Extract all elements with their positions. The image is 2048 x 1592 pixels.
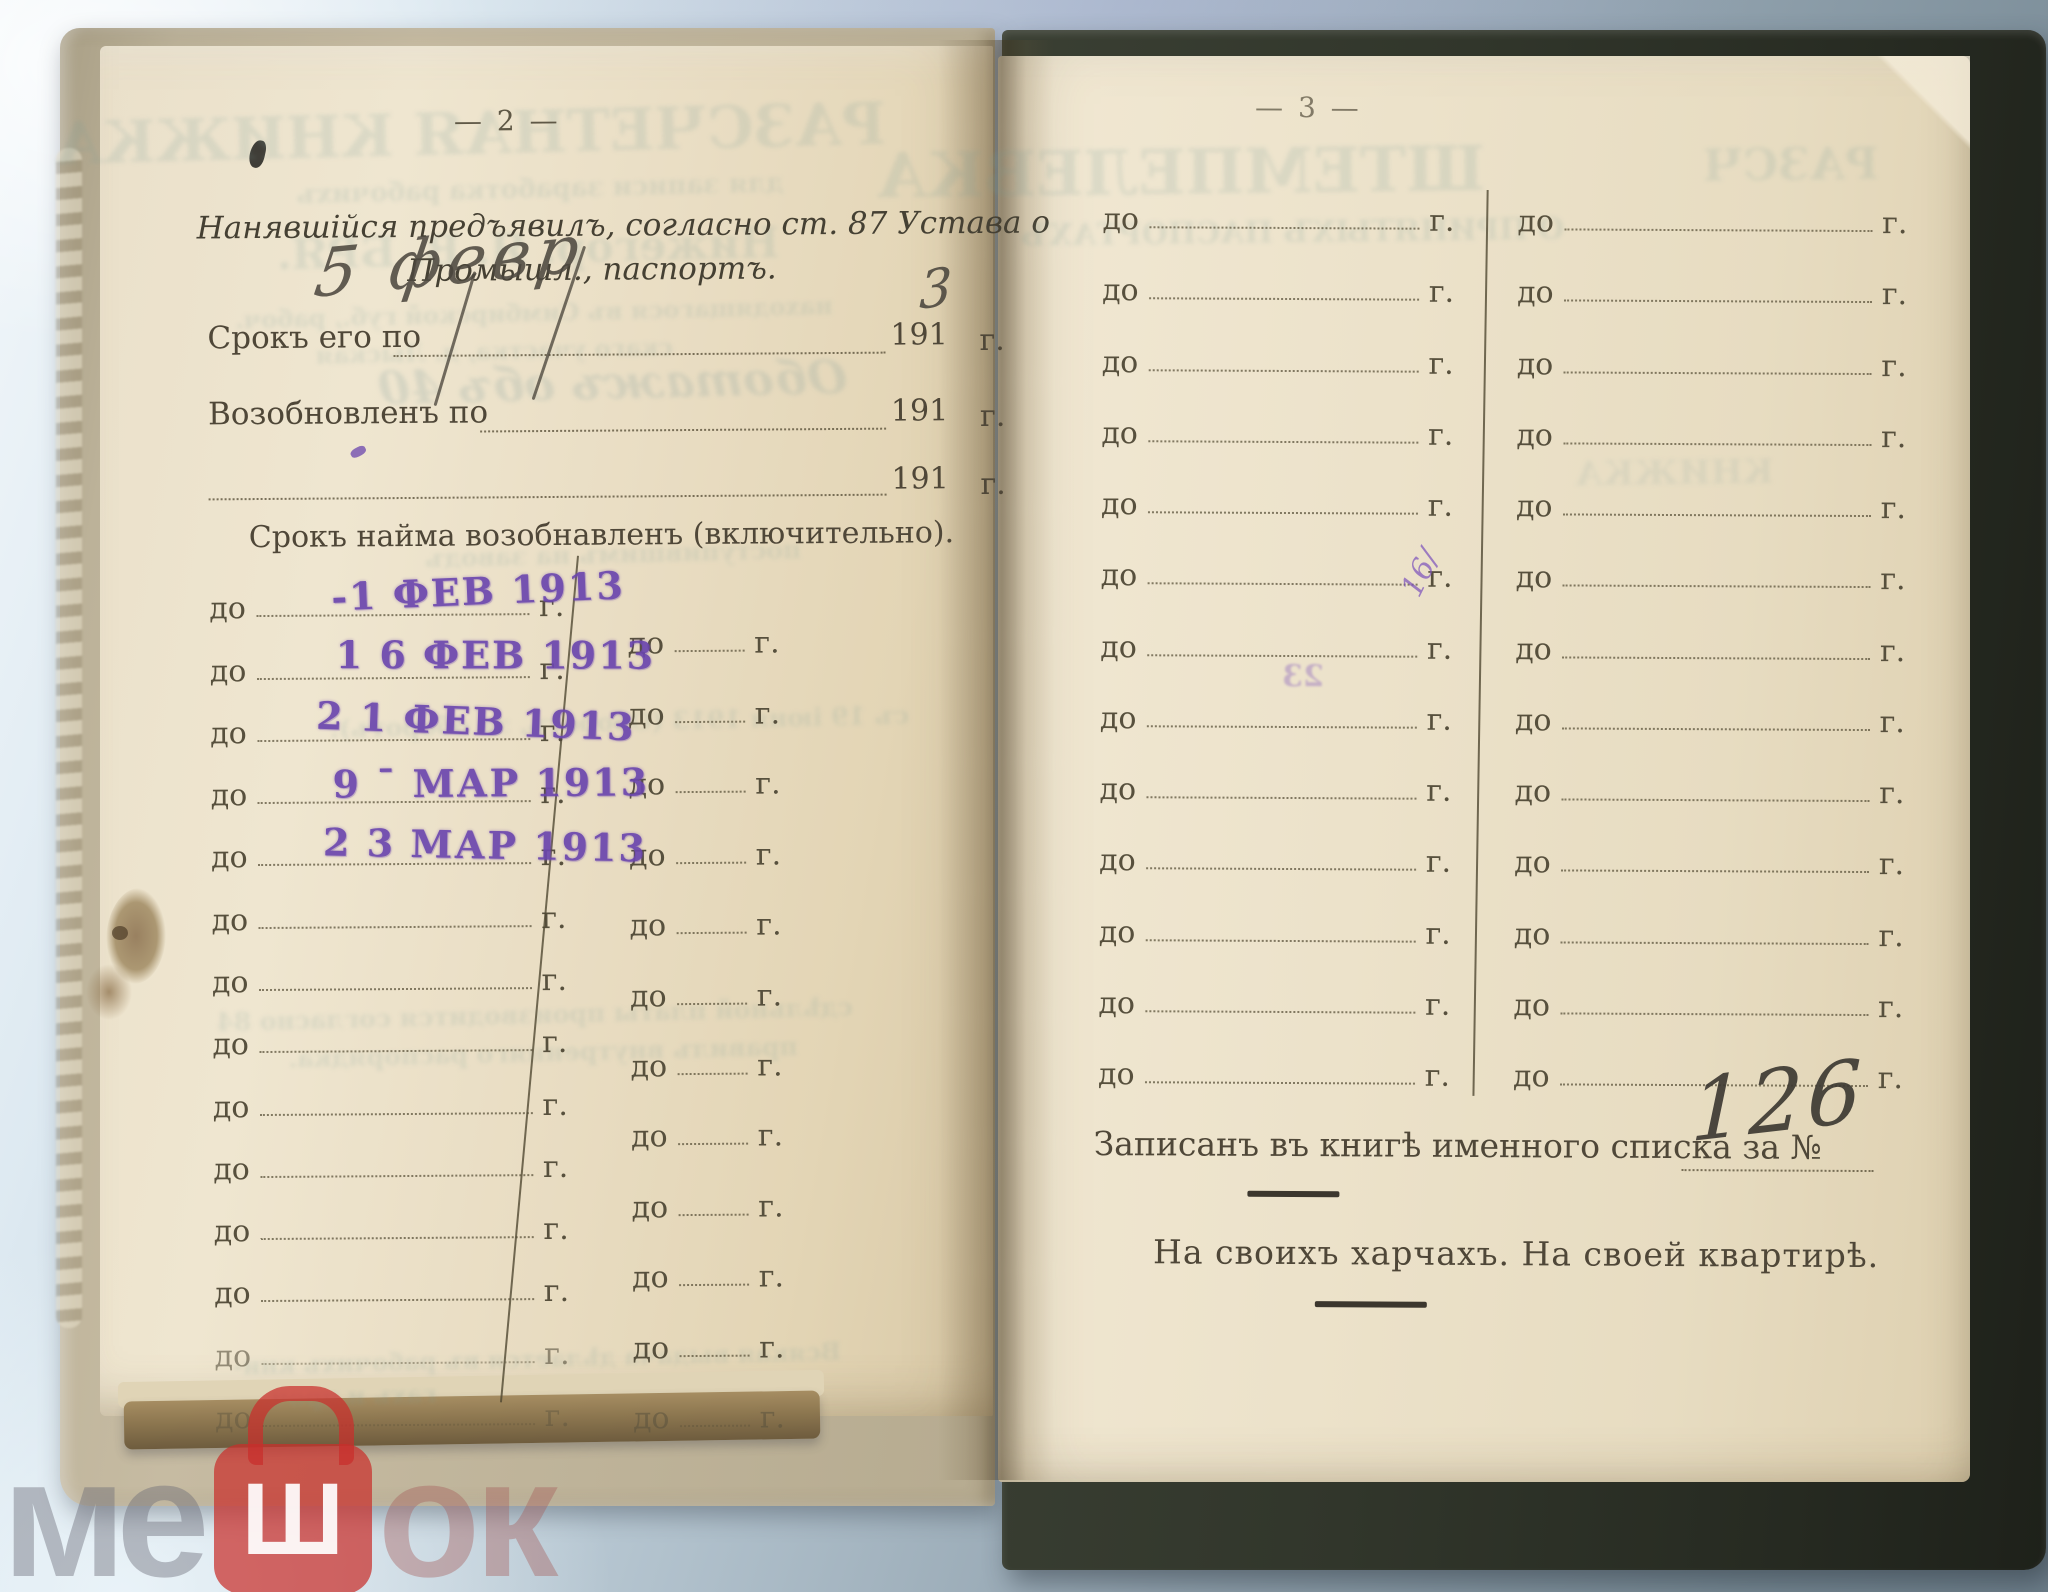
row-label-do: до xyxy=(1100,704,1137,734)
separator-rule xyxy=(1315,1301,1427,1308)
row-label-do: до xyxy=(1098,989,1135,1019)
row-label-do: до xyxy=(1514,777,1551,807)
row-label-g: г. xyxy=(1428,421,1453,451)
row-label-g: г. xyxy=(1428,492,1453,522)
dotted-line xyxy=(1562,656,1870,660)
row-label-do: до xyxy=(1100,633,1137,663)
watermark-text-prefix: ме xyxy=(2,1441,200,1592)
row-label-g: г. xyxy=(1880,637,1905,667)
row-label-do: до xyxy=(1098,1060,1135,1090)
shopping-bag-icon: Ш xyxy=(214,1444,372,1592)
row-label-do: до xyxy=(1517,279,1554,309)
dotted-line xyxy=(1564,229,1872,233)
ruled-row: до г. xyxy=(1098,1019,1450,1092)
dotted-line xyxy=(1149,226,1419,229)
ruled-row: до г. xyxy=(1514,879,1904,952)
row-label-g: г. xyxy=(1426,848,1451,878)
row-label-do: до xyxy=(1101,561,1138,591)
row-label-g: г. xyxy=(1425,919,1450,949)
ruled-row: до г. xyxy=(1516,522,1906,595)
ink-mark: 23 xyxy=(1282,659,1324,694)
separator-rule xyxy=(1247,1191,1339,1197)
row-label-g: г. xyxy=(1882,281,1907,311)
row-label-do: до xyxy=(1099,775,1136,805)
row-label-do: до xyxy=(1099,918,1136,948)
ruled-row: до г. xyxy=(1099,734,1451,807)
dotted-line xyxy=(1145,939,1415,942)
row-label-g: г. xyxy=(1429,278,1454,308)
row-label-g: г. xyxy=(1428,349,1453,379)
row-label-g: г. xyxy=(1427,706,1452,736)
row-label-do: до xyxy=(1514,920,1551,950)
row-label-g: г. xyxy=(1425,991,1450,1021)
ruled-column-right: до г. до г. до г. до г. до г. до xyxy=(1513,166,1908,1094)
dotted-line xyxy=(1147,654,1417,657)
row-label-do: до xyxy=(1516,564,1553,594)
ruled-row: до г. xyxy=(1514,736,1904,809)
dotted-line xyxy=(1562,585,1870,589)
dotted-line xyxy=(1145,1010,1415,1013)
dotted-line xyxy=(1564,300,1872,304)
dotted-line xyxy=(1560,941,1868,945)
dotted-line xyxy=(1148,511,1418,514)
row-label-do: до xyxy=(1515,706,1552,736)
ruled-row: до г. xyxy=(1099,805,1451,878)
dotted-line xyxy=(1563,514,1871,518)
watermark-meshok: ме Ш ок xyxy=(2,1386,552,1592)
watermark-bag-letter: Ш xyxy=(241,1468,344,1570)
row-label-do: до xyxy=(1102,205,1139,235)
row-label-do: до xyxy=(1517,207,1554,237)
ruled-row: до г. xyxy=(1515,594,1905,667)
ruled-row: до г. xyxy=(1517,309,1907,382)
ruled-row: до г. xyxy=(1516,451,1906,524)
row-label-g: г. xyxy=(1880,708,1905,738)
ruled-row: до г. xyxy=(1517,166,1907,239)
bleedthrough-text-right: ШТЕМПЕЛЕВКАО ПРИНЯТЫХЪ ПАСПОРТАХЪРАЗСЧКН… xyxy=(4,0,2048,3)
ruled-column-left: до г. до г. до г. до г. до г. до xyxy=(1098,164,1455,1092)
row-label-do: до xyxy=(1514,849,1551,879)
ruled-row: до г. xyxy=(1517,237,1907,310)
dotted-line xyxy=(1563,371,1871,375)
row-label-g: г. xyxy=(1878,1064,1903,1094)
scanned-paybook-photo: РАЗСЧЕТНАЯ КНИЖКАдля записи заработка ра… xyxy=(0,0,2048,1592)
row-label-g: г. xyxy=(1881,423,1906,453)
row-label-g: г. xyxy=(1427,634,1452,664)
row-label-g: г. xyxy=(1426,777,1451,807)
dotted-line xyxy=(1563,442,1871,446)
dotted-line xyxy=(1560,1012,1868,1016)
ruled-row: до г. xyxy=(1102,235,1454,308)
ruled-row: до г. xyxy=(1516,380,1906,453)
dotted-line xyxy=(1146,796,1416,799)
row-label-g: г. xyxy=(1881,494,1906,524)
row-label-do: до xyxy=(1517,350,1554,380)
dotted-line xyxy=(1149,298,1419,301)
ruled-row: до г. xyxy=(1101,378,1453,451)
row-label-g: г. xyxy=(1881,352,1906,382)
row-label-g: г. xyxy=(1879,779,1904,809)
row-label-g: г. xyxy=(1879,850,1904,880)
row-label-g: г. xyxy=(1425,1062,1450,1092)
dotted-line xyxy=(1561,727,1869,731)
row-label-do: до xyxy=(1102,348,1139,378)
dotted-line xyxy=(1148,440,1418,443)
row-label-do: до xyxy=(1513,991,1550,1021)
row-label-do: до xyxy=(1101,490,1138,520)
ruled-row: до г. xyxy=(1101,449,1453,522)
watermark-text-suffix: ок xyxy=(378,1441,553,1592)
column-divider xyxy=(1472,190,1488,1096)
row-label-g: г. xyxy=(1878,922,1903,952)
row-label-g: г. xyxy=(1882,209,1907,239)
row-label-do: до xyxy=(1515,635,1552,665)
dotted-line xyxy=(1561,870,1869,874)
row-label-g: г. xyxy=(1878,993,1903,1023)
ruled-row: до г. xyxy=(1514,807,1904,880)
dotted-line xyxy=(1145,1081,1415,1084)
board-and-lodging-line: На своихъ харчахъ. На своей квартирѣ. xyxy=(1153,1232,1879,1275)
ruled-row: до г. xyxy=(1100,663,1452,736)
margin-ink-marks: 16/23 xyxy=(4,0,2048,3)
dotted-line xyxy=(1147,583,1417,586)
handwritten-record-number: 126 xyxy=(1689,1041,1866,1163)
ruled-row: до г. xyxy=(1102,164,1454,237)
row-label-do: до xyxy=(1516,421,1553,451)
page-right-content: ШТЕМПЕЛЕВКАО ПРИНЯТЫХЪ ПАСПОРТАХЪРАЗСЧКН… xyxy=(0,0,2048,1592)
ruled-row: до г. xyxy=(1100,591,1452,664)
dotted-line xyxy=(1561,799,1869,803)
row-label-do: до xyxy=(1513,1062,1550,1092)
row-label-do: до xyxy=(1516,492,1553,522)
ruled-row: до г. xyxy=(1515,665,1905,738)
row-label-do: до xyxy=(1102,276,1139,306)
row-label-g: г. xyxy=(1880,566,1905,596)
row-label-do: до xyxy=(1099,846,1136,876)
row-label-g: г. xyxy=(1429,207,1454,237)
page-number-right: — 3 — xyxy=(1255,91,1362,125)
dotted-line xyxy=(1146,868,1416,871)
row-label-do: до xyxy=(1101,419,1138,449)
ruled-row: до г. xyxy=(1099,876,1451,949)
dotted-line xyxy=(1148,369,1418,372)
ruled-row: до г. xyxy=(1513,950,1903,1023)
dotted-line xyxy=(1146,725,1416,728)
ruled-row: до г. xyxy=(1098,948,1450,1021)
ruled-row: до г. xyxy=(1102,306,1454,379)
